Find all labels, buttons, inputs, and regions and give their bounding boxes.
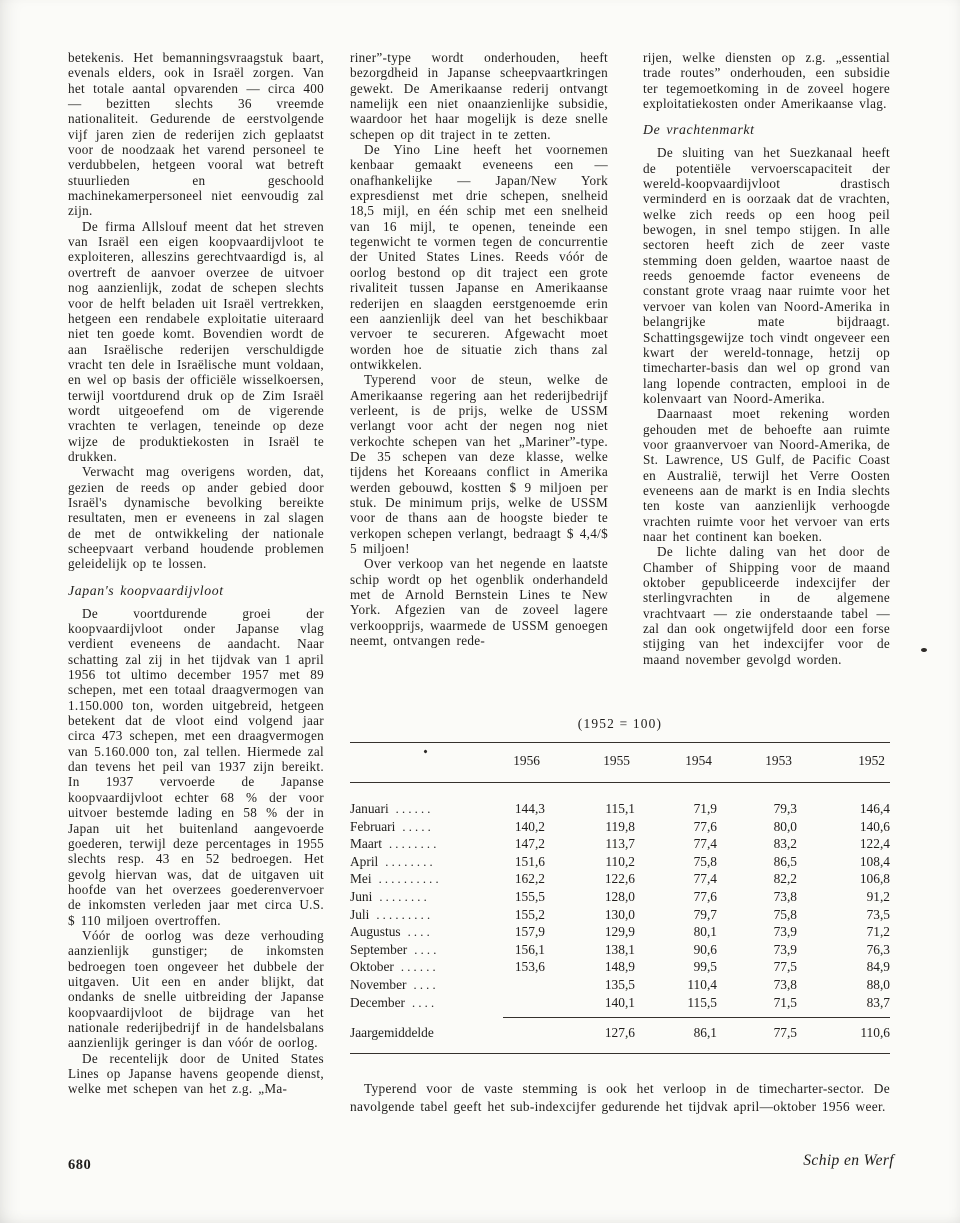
value-cell: 83,2 xyxy=(717,836,797,852)
paragraph: De firma Allslouf meent dat het streven … xyxy=(68,219,324,465)
paragraph: Daarnaast moet rekening worden gehouden … xyxy=(643,406,890,544)
value-cell: 83,7 xyxy=(797,995,890,1011)
value-cell: 80,1 xyxy=(635,924,717,940)
value-cell: 82,2 xyxy=(717,871,797,887)
paragraph: Over verkoop van het negende en laatste … xyxy=(350,556,608,648)
value-cell: 106,8 xyxy=(797,871,890,887)
value-cell: 76,3 xyxy=(797,942,890,958)
value-cell: 86,5 xyxy=(717,854,797,870)
journal-page: betekenis. Het bemanningsvraagstuk baart… xyxy=(0,0,960,1223)
value-cell: 140,6 xyxy=(797,819,890,835)
section-heading: Japan's koopvaardijvloot xyxy=(68,583,324,599)
value-cell: 147,2 xyxy=(462,836,545,852)
leader-dots: .... xyxy=(414,978,439,992)
leader-dots: .......... xyxy=(379,872,442,886)
paragraph: De sluiting van het Suezkanaal heeft de … xyxy=(643,145,890,406)
value-cell: 162,2 xyxy=(462,871,545,887)
table-row: September....156,1138,190,673,976,3 xyxy=(350,942,890,960)
year-header: 1954 xyxy=(635,753,717,769)
value-cell: 113,7 xyxy=(545,836,635,852)
note-paragraph: Typerend voor de vaste stemming is ook h… xyxy=(350,1080,890,1116)
leader-dots: .... xyxy=(414,943,439,957)
year-header: 1953 xyxy=(717,753,797,769)
month-cell: Augustus.... xyxy=(350,924,462,940)
leader-dots: .... xyxy=(412,996,437,1010)
section-heading: De vrachtenmarkt xyxy=(643,122,890,138)
month-cell: Februari..... xyxy=(350,819,462,835)
value-cell: 77,5 xyxy=(717,959,797,975)
paragraph: De recentelijk door de United States Lin… xyxy=(68,1051,324,1097)
value-cell: 128,0 xyxy=(545,889,635,905)
paragraph: Typerend voor de steun, welke de Amerika… xyxy=(350,372,608,556)
value-cell: 157,9 xyxy=(462,924,545,940)
value-cell: 73,9 xyxy=(717,924,797,940)
value-cell: 119,8 xyxy=(545,819,635,835)
summary-value-cell: 77,5 xyxy=(717,1025,797,1041)
month-cell: Oktober...... xyxy=(350,959,462,975)
value-cell: 140,1 xyxy=(545,995,635,1011)
value-cell: 80,0 xyxy=(717,819,797,835)
value-cell: 138,1 xyxy=(545,942,635,958)
value-cell: 73,9 xyxy=(717,942,797,958)
value-cell: 79,3 xyxy=(717,801,797,817)
summary-value-cell: 110,6 xyxy=(797,1025,890,1041)
value-cell: 130,0 xyxy=(545,907,635,923)
year-header: 1956 xyxy=(462,753,545,769)
summary-label: Jaargemiddelde xyxy=(350,1025,462,1041)
leader-dots: ........ xyxy=(385,855,436,869)
month-cell: Mei.......... xyxy=(350,871,462,887)
value-cell: 73,8 xyxy=(717,977,797,993)
value-cell: 71,2 xyxy=(797,924,890,940)
value-cell: 151,6 xyxy=(462,854,545,870)
leader-dots: ......... xyxy=(376,908,433,922)
table-row: Oktober......153,6148,999,577,584,9 xyxy=(350,959,890,977)
year-header: 1955 xyxy=(545,753,635,769)
table-row: Juli.........155,2130,079,775,873,5 xyxy=(350,907,890,925)
month-cell: November.... xyxy=(350,977,462,993)
table-rule-bottom xyxy=(350,1053,890,1054)
value-cell: 122,6 xyxy=(545,871,635,887)
paragraph: riner”-type wordt onderhouden, heeft bez… xyxy=(350,50,608,142)
value-cell: 140,2 xyxy=(462,819,545,835)
value-cell: 144,3 xyxy=(462,801,545,817)
month-cell: Maart........ xyxy=(350,836,462,852)
table-header-empty-cell xyxy=(350,753,462,769)
column-middle: riner”-type wordt onderhouden, heeft bez… xyxy=(350,50,608,648)
leader-dots: ...... xyxy=(396,802,434,816)
table-rows: Januari......144,3115,171,979,3146,4Febr… xyxy=(350,783,890,1012)
value-cell: 129,9 xyxy=(545,924,635,940)
summary-row: Jaargemiddelde 127,686,177,5110,6 xyxy=(350,1018,890,1053)
paragraph: Verwacht mag overigens worden, dat, gezi… xyxy=(68,464,324,571)
table-row: Mei..........162,2122,677,482,2106,8 xyxy=(350,871,890,889)
month-cell: Januari...... xyxy=(350,801,462,817)
value-cell: 77,4 xyxy=(635,836,717,852)
month-cell: April........ xyxy=(350,854,462,870)
value-cell: 73,8 xyxy=(717,889,797,905)
value-cell: 155,2 xyxy=(462,907,545,923)
year-header: 1952 xyxy=(797,753,890,769)
month-cell: Juli......... xyxy=(350,907,462,923)
leader-dots: .... xyxy=(408,925,433,939)
summary-value-cell: 127,6 xyxy=(545,1025,635,1041)
value-cell: 75,8 xyxy=(635,854,717,870)
paragraph: De lichte daling van het door de Chamber… xyxy=(643,544,890,667)
page-number: 680 xyxy=(68,1157,91,1174)
leader-dots: ..... xyxy=(402,820,434,834)
table-row: December....140,1115,571,583,7 xyxy=(350,995,890,1013)
value-cell: 115,5 xyxy=(635,995,717,1011)
value-cell: 79,7 xyxy=(635,907,717,923)
table-row: Maart........147,2113,777,483,2122,4 xyxy=(350,836,890,854)
value-cell: 77,4 xyxy=(635,871,717,887)
value-cell: 75,8 xyxy=(717,907,797,923)
value-cell: 155,5 xyxy=(462,889,545,905)
value-cell: 77,6 xyxy=(635,819,717,835)
paragraph: De Yino Line heeft het voornemen kenbaar… xyxy=(350,142,608,372)
column-left: betekenis. Het bemanningsvraagstuk baart… xyxy=(68,50,324,1097)
paragraph: De voortdurende groei der koopvaardijvlo… xyxy=(68,606,324,928)
value-cell: 71,9 xyxy=(635,801,717,817)
summary-value-cell xyxy=(462,1025,545,1041)
column-right: rijen, welke diensten op z.g. „essential… xyxy=(643,50,890,667)
month-cell: December.... xyxy=(350,995,462,1011)
value-cell: 99,5 xyxy=(635,959,717,975)
value-cell: 88,0 xyxy=(797,977,890,993)
value-cell: 77,6 xyxy=(635,889,717,905)
month-cell: Juni........ xyxy=(350,889,462,905)
paragraph: betekenis. Het bemanningsvraagstuk baart… xyxy=(68,50,324,219)
leader-dots: ........ xyxy=(389,837,440,851)
month-cell: September.... xyxy=(350,942,462,958)
value-cell: 73,5 xyxy=(797,907,890,923)
value-cell: 108,4 xyxy=(797,854,890,870)
value-cell: 135,5 xyxy=(545,977,635,993)
leader-dots: ........ xyxy=(379,890,430,904)
paragraph: Vóór de oorlog was deze verhouding aanzi… xyxy=(68,928,324,1051)
table-header-row: 19561955195419531952 xyxy=(350,743,890,782)
table-row: Januari......144,3115,171,979,3146,4 xyxy=(350,801,890,819)
value-cell: 84,9 xyxy=(797,959,890,975)
table-row: April........151,6110,275,886,5108,4 xyxy=(350,854,890,872)
value-cell: 71,5 xyxy=(717,995,797,1011)
value-cell: 153,6 xyxy=(462,959,545,975)
freight-index-table: (1952 = 100) 19561955195419531952 Januar… xyxy=(350,712,890,1054)
value-cell: 156,1 xyxy=(462,942,545,958)
table-row: Augustus....157,9129,980,173,971,2 xyxy=(350,924,890,942)
table-title: (1952 = 100) xyxy=(350,712,890,742)
value-cell: 91,2 xyxy=(797,889,890,905)
table-row: Februari.....140,2119,877,680,0140,6 xyxy=(350,819,890,837)
journal-title: Schip en Werf xyxy=(803,1152,894,1170)
value-cell: 115,1 xyxy=(545,801,635,817)
value-cell: 110,4 xyxy=(635,977,717,993)
value-cell: 148,9 xyxy=(545,959,635,975)
table-row: November....135,5110,473,888,0 xyxy=(350,977,890,995)
leader-dots: ...... xyxy=(401,960,439,974)
value-cell: 146,4 xyxy=(797,801,890,817)
paragraph: rijen, welke diensten op z.g. „essential… xyxy=(643,50,890,111)
value-cell: 90,6 xyxy=(635,942,717,958)
value-cell: 110,2 xyxy=(545,854,635,870)
value-cell: 122,4 xyxy=(797,836,890,852)
summary-value-cell: 86,1 xyxy=(635,1025,717,1041)
print-speck xyxy=(921,648,927,652)
table-row: Juni........155,5128,077,673,891,2 xyxy=(350,889,890,907)
